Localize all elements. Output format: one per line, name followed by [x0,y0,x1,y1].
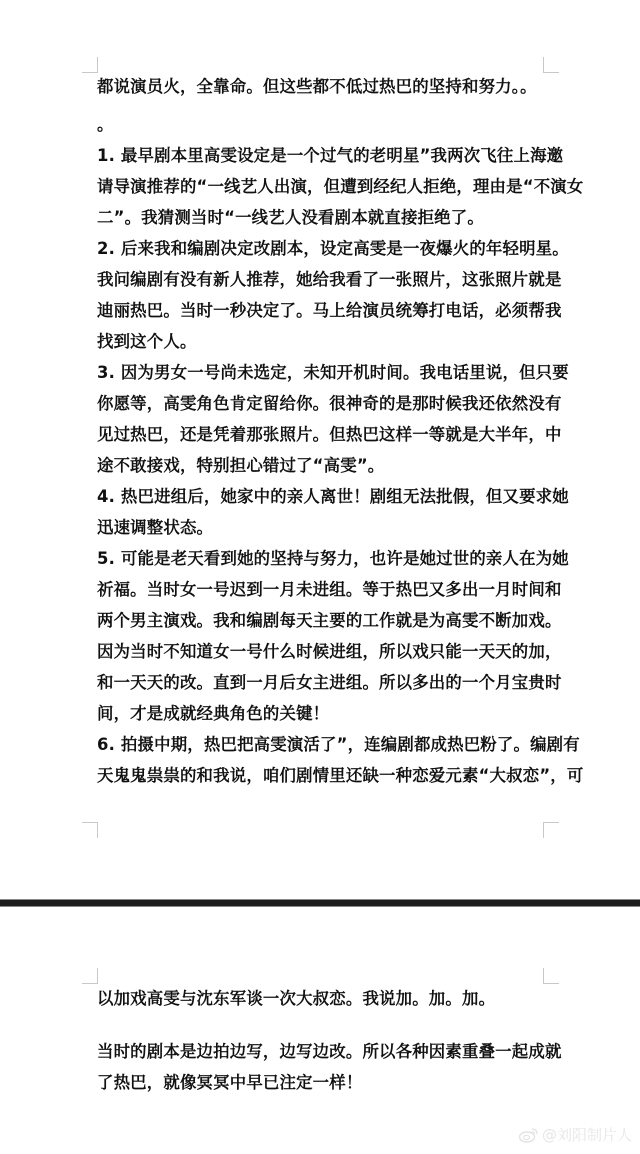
closing-paragraph: 当时的剧本是边拍边写，边写边改。所以各种因素重叠一起成就 了热巴，就像冥冥中早已… [97,1036,547,1098]
crop-mark-top-left [82,968,98,984]
text-line: 2. 后来我和编剧决定改剧本，设定高雯是一夜爆火的年轻明星。 [97,233,547,264]
text-line: 两个男主演戏。我和编剧每天主要的工作就是为高雯不断加戏。 [97,605,547,636]
text-line: 和一天天的改。直到一月后女主进组。所以多出的一个月宝贵时 [97,667,547,698]
crop-mark-top-left [82,57,98,73]
text-line: 了热巴，就像冥冥中早已注定一样！ [97,1067,547,1098]
paragraph-6: 6. 拍摄中期，热巴把高雯演活了”，连编剧都成热巴粉了。编剧有 天鬼鬼祟祟的和我… [97,729,547,791]
paragraph-4: 4. 热巴进组后，她家中的亲人离世！剧组无法批假，但又要求她 迅速调整状态。 [97,481,547,543]
text-line: 你愿等，高雯角色肯定留给你。很神奇的是那时候我还依然没有 [97,388,547,419]
watermark-text: @刘阳制片人 [542,1124,632,1145]
document-page-2: 以加戏高雯与沈东军谈一次大叔恋。我说加。加。加。 当时的剧本是边拍边写，边写边改… [0,907,640,1154]
text-line: 请导演推荐的“一线艺人出演，但遭到经纪人拒绝，理由是“不演女 [97,171,547,202]
text-line: 祈福。当时女一号迟到一月未进组。等于热巴又多出一月时间和 [97,574,547,605]
intro-line: 。 [97,109,547,140]
text-line: 当时的剧本是边拍边写，边写边改。所以各种因素重叠一起成就 [97,1036,547,1067]
text-line: 6. 拍摄中期，热巴把高雯演活了”，连编剧都成热巴粉了。编剧有 [97,729,547,760]
weibo-icon [519,1127,539,1143]
text-line: 二”。我猜测当时“一线艺人没看剧本就直接拒绝了。 [97,202,547,233]
text-line: 以加戏高雯与沈东军谈一次大叔恋。我说加。加。加。 [97,983,547,1014]
paragraph-1: 1. 最早剧本里高雯设定是一个过气的老明星”我两次飞往上海邀 请导演推荐的“一线… [97,140,547,233]
text-line: 因为当时不知道女一号什么时候进组，所以戏只能一天天的加， [97,636,547,667]
paragraph-5: 5. 可能是老天看到她的坚持与努力，也许是她过世的亲人在为她 祈福。当时女一号迟… [97,543,547,729]
text-line: 我问编剧有没有新人推荐，她给我看了一张照片，这张照片就是 [97,264,547,295]
text-line: 天鬼鬼祟祟的和我说，咱们剧情里还缺一种恋爱元素“大叔恋”，可 [97,760,547,791]
text-line: 迅速调整状态。 [97,512,547,543]
text-line: 3. 因为男女一号尚未选定，未知开机时间。我电话里说，但只要 [97,357,547,388]
page-2-body: 以加戏高雯与沈东军谈一次大叔恋。我说加。加。加。 当时的剧本是边拍边写，边写边改… [97,983,547,1098]
text-line: 迪丽热巴。当时一秒决定了。马上给演员统筹打电话，必须帮我 [97,295,547,326]
crop-mark-bottom-right [543,822,559,838]
paragraph-3: 3. 因为男女一号尚未选定，未知开机时间。我电话里说，但只要 你愿等，高雯角色肯… [97,357,547,481]
text-line: 4. 热巴进组后，她家中的亲人离世！剧组无法批假，但又要求她 [97,481,547,512]
page-1-body: 都说演员火，全靠命。但这些都不低过热巴的坚持和努力。。 。 1. 最早剧本里高雯… [97,71,547,791]
document-page-1: 都说演员火，全靠命。但这些都不低过热巴的坚持和努力。。 。 1. 最早剧本里高雯… [0,0,640,899]
paragraph-2: 2. 后来我和编剧决定改剧本，设定高雯是一夜爆火的年轻明星。 我问编剧有没有新人… [97,233,547,357]
text-line: 5. 可能是老天看到她的坚持与努力，也许是她过世的亲人在为她 [97,543,547,574]
text-line: 1. 最早剧本里高雯设定是一个过气的老明星”我两次飞往上海邀 [97,140,547,171]
crop-mark-bottom-left [82,822,98,838]
text-line: 找到这个人。 [97,326,547,357]
text-line: 见过热巴，还是凭着那张照片。但热巴这样一等就是大半年，中 [97,419,547,450]
text-line: 途不敢接戏，特别担心错过了“高雯”。 [97,450,547,481]
crop-mark-top-right [543,968,559,984]
text-line: 间，才是成就经典角色的关键！ [97,698,547,729]
page-separator [0,899,640,907]
intro-line: 都说演员火，全靠命。但这些都不低过热巴的坚持和努力。。 [97,71,547,102]
watermark: @刘阳制片人 [519,1124,632,1145]
